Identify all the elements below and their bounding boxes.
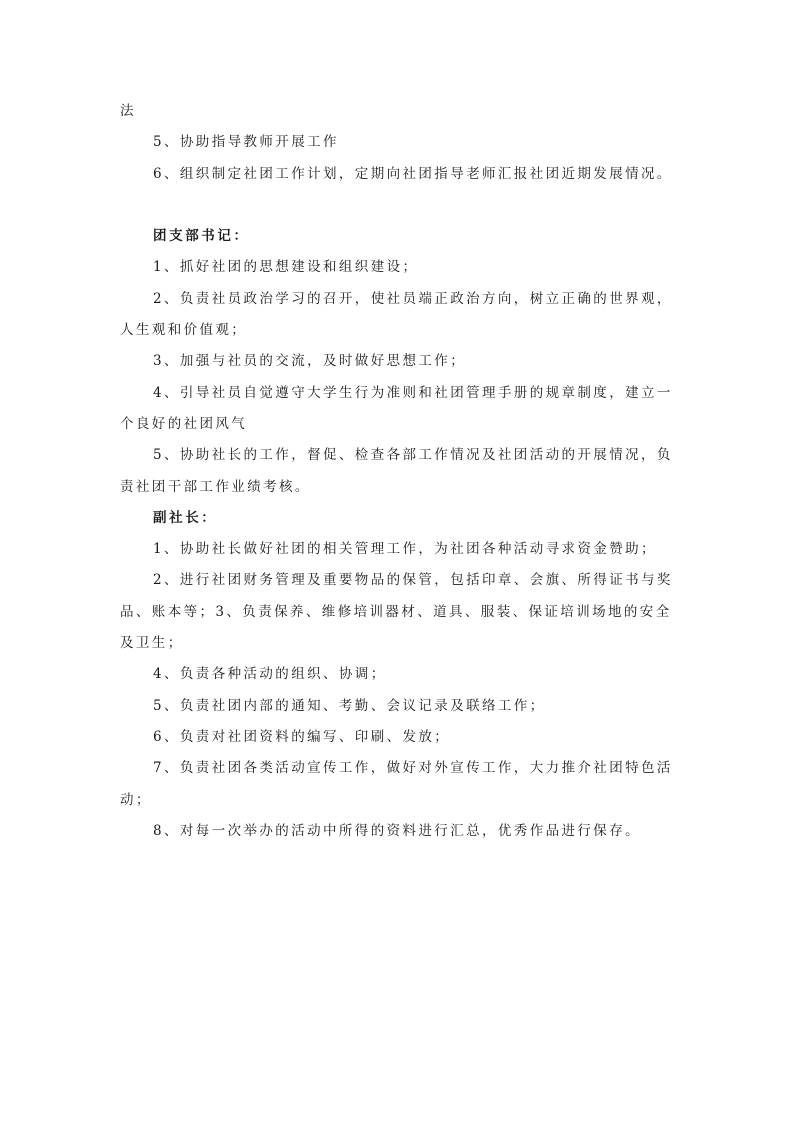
paragraph-item: 3、加强与社员的交流，及时做好思想工作； [120,346,668,377]
paragraph-item: 4、负责各种活动的组织、协调； [120,659,668,690]
paragraph-item-6: 6、组织制定社团工作计划，定期向社团指导老师汇报社团近期发展情况。 [120,159,668,190]
section-heading-secretary: 团支部书记： [120,221,668,252]
paragraph-continuation: 动； [120,785,668,816]
paragraph-continuation: 品、账本等；3、负责保养、维修培训器材、道具、服装、保证培训场地的安全 [120,597,668,628]
paragraph-item: 4、引导社员自觉遵守大学生行为准则和社团管理手册的规章制度，建立一 [120,378,668,409]
paragraph-item: 6、负责对社团资料的编写、印刷、发放； [120,722,668,753]
paragraph-continuation: 人生观和价值观； [120,315,668,346]
paragraph-item: 1、抓好社团的思想建设和组织建设； [120,252,668,283]
section-heading-vice-president: 副社长： [120,503,668,534]
paragraph-item: 7、负责社团各类活动宣传工作，做好对外宣传工作，大力推介社团特色活 [120,753,668,784]
paragraph-item: 5、负责社团内部的通知、考勤、会议记录及联络工作； [120,691,668,722]
section-secretary: 团支部书记： 1、抓好社团的思想建设和组织建设； 2、负责社员政治学习的召开，使… [120,221,668,503]
paragraph-item-5: 5、协助指导教师开展工作 [120,127,668,158]
document-page: 法 5、协助指导教师开展工作 6、组织制定社团工作计划，定期向社团指导老师汇报社… [120,96,668,847]
section-spacer [120,190,668,221]
paragraph-item: 2、进行社团财务管理及重要物品的保管，包括印章、会旗、所得证书与奖 [120,565,668,596]
section-vice-president: 副社长： 1、协助社长做好社团的相关管理工作，为社团各种活动寻求资金赞助； 2、… [120,503,668,847]
paragraph-continuation: 法 [120,96,668,127]
paragraph-item: 1、协助社长做好社团的相关管理工作，为社团各种活动寻求资金赞助； [120,534,668,565]
paragraph-continuation: 及卫生； [120,628,668,659]
paragraph-item: 2、负责社员政治学习的召开，使社员端正政治方向，树立正确的世界观， [120,284,668,315]
paragraph-continuation: 责社团干部工作业绩考核。 [120,472,668,503]
paragraph-item: 5、协助社长的工作，督促、检查各部工作情况及社团活动的开展情况，负 [120,440,668,471]
intro-block: 法 5、协助指导教师开展工作 6、组织制定社团工作计划，定期向社团指导老师汇报社… [120,96,668,190]
paragraph-continuation: 个良好的社团风气 [120,409,668,440]
paragraph-item: 8、对每一次举办的活动中所得的资料进行汇总，优秀作品进行保存。 [120,816,668,847]
